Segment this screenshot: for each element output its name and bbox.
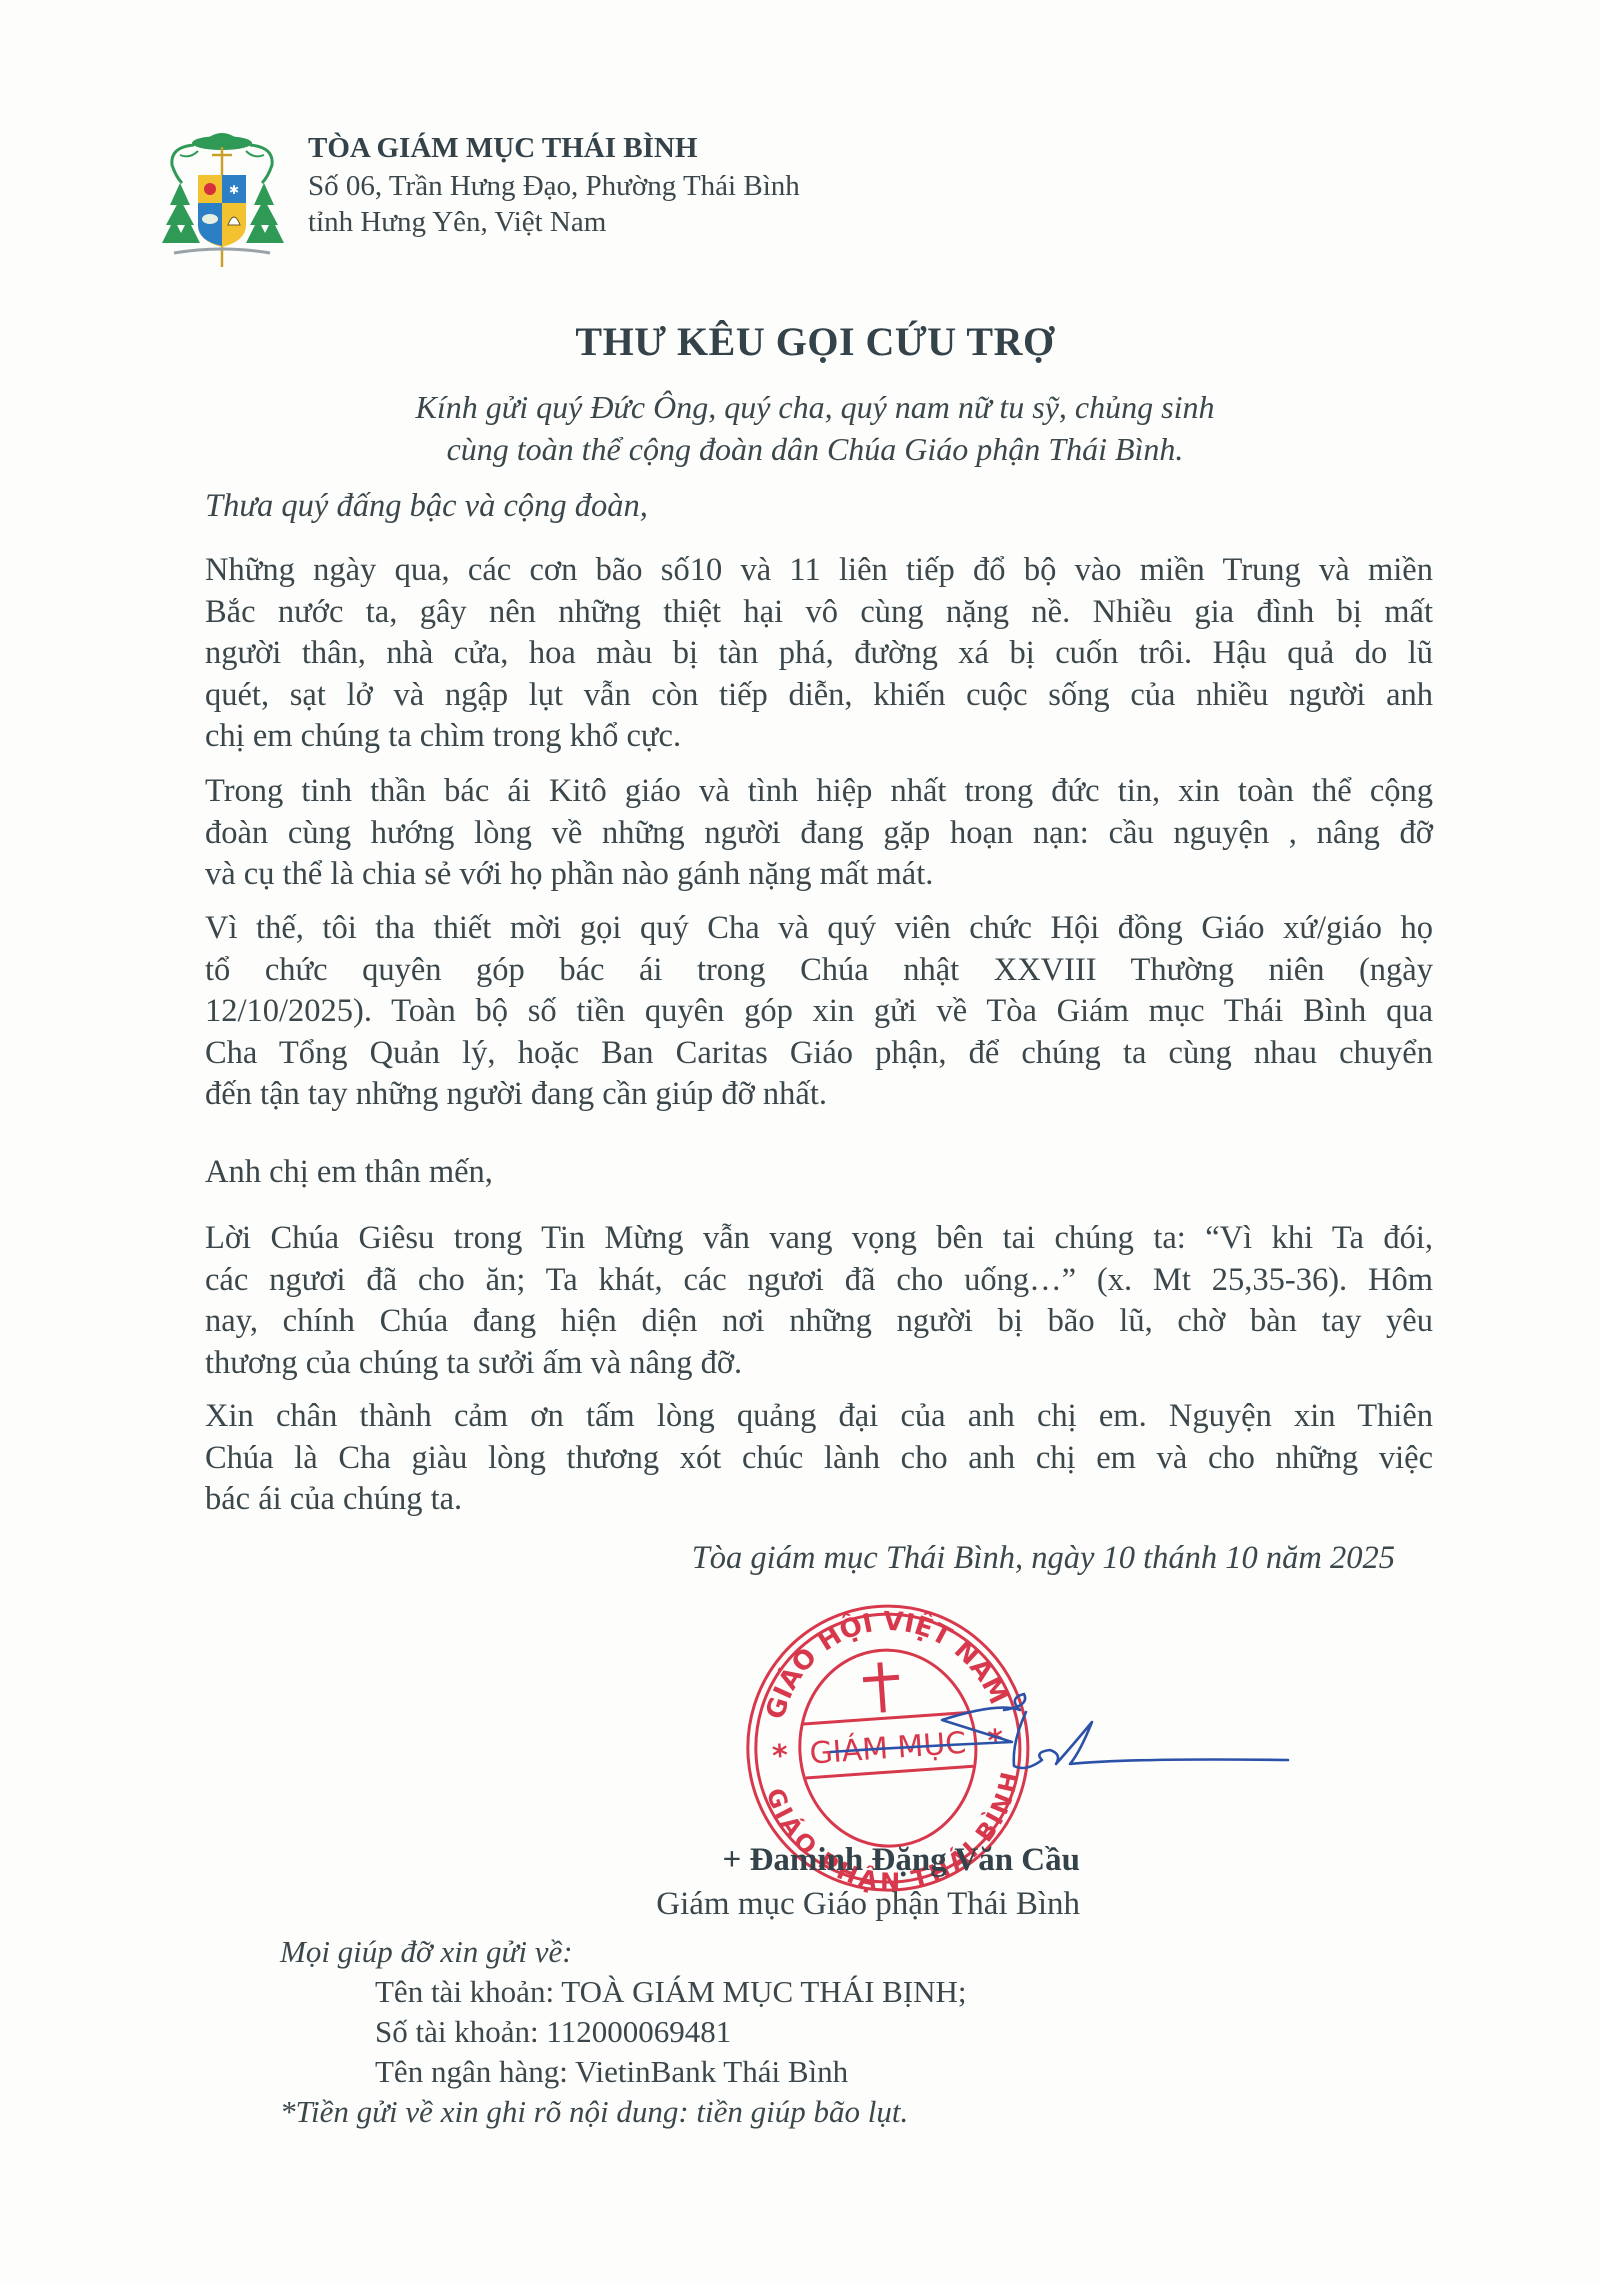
paragraph-line: các ngươi đã cho ăn; Ta khát, các ngươi … bbox=[205, 1260, 1433, 1302]
paragraph-4: Lời Chúa Giêsu trong Tin Mừng vẫn vang v… bbox=[205, 1218, 1433, 1384]
paragraph-line: đến tận tay những người đang cần giúp đỡ… bbox=[205, 1074, 1433, 1116]
address-line-1: Số 06, Trần Hưng Đạo, Phường Thái Bình bbox=[308, 168, 800, 204]
bank-name: Tên ngân hàng: VietinBank Thái Bình bbox=[375, 2052, 848, 2092]
date-line: Tòa giám mục Thái Bình, ngày 10 thánh 10… bbox=[0, 1540, 1395, 1577]
paragraph-3: Vì thế, tôi tha thiết mời gọi quý Cha và… bbox=[205, 908, 1433, 1116]
paragraph-line: Chúa là Cha giàu lòng thương xót chúc là… bbox=[205, 1438, 1433, 1480]
paragraph-greeting: Anh chị em thân mến, bbox=[205, 1152, 1433, 1194]
paragraph-line: bác ái của chúng ta. bbox=[205, 1479, 1433, 1521]
paragraph-line: thương của chúng ta sưởi ấm và nâng đỡ. bbox=[205, 1343, 1433, 1385]
paragraph-line: tổ chức quyên góp bác ái trong Chúa nhật… bbox=[205, 950, 1433, 992]
paragraph-line: chị em chúng ta chìm trong khổ cực. bbox=[205, 716, 1433, 758]
addressee-line-2: cùng toàn thể cộng đoàn dân Chúa Giáo ph… bbox=[0, 428, 1600, 470]
paragraph-line: đoàn cùng hướng lòng về những người đang… bbox=[205, 813, 1433, 855]
account-name: Tên tài khoản: TOÀ GIÁM MỤC THÁI BỊNH; bbox=[375, 1972, 967, 2012]
address-line-2: tỉnh Hưng Yên, Việt Nam bbox=[308, 204, 606, 240]
svg-text:✱: ✱ bbox=[229, 183, 239, 197]
svg-text:*: * bbox=[771, 1738, 789, 1774]
addressee-line-1: Kính gửi quý Đức Ông, quý cha, quý nam n… bbox=[0, 386, 1600, 428]
organization-name: TÒA GIÁM MỤC THÁI BÌNH bbox=[308, 130, 697, 166]
paragraph-line: và cụ thể là chia sẻ với họ phần nào gán… bbox=[205, 854, 1433, 896]
paragraph-line: Những ngày qua, các cơn bão số10 và 11 l… bbox=[205, 550, 1433, 592]
paragraph-line: người thân, nhà cửa, hoa màu bị tàn phá,… bbox=[205, 633, 1433, 675]
donation-intro: Mọi giúp đỡ xin gửi về: bbox=[280, 1932, 573, 1972]
paragraph-line: nay, chính Chúa đang hiện diện nơi những… bbox=[205, 1301, 1433, 1343]
paragraph-line: Trong tinh thần bác ái Kitô giáo và tình… bbox=[205, 771, 1433, 813]
donation-note: *Tiền gửi về xin ghi rõ nội dung: tiền g… bbox=[280, 2092, 908, 2132]
paragraph-line: Lời Chúa Giêsu trong Tin Mừng vẫn vang v… bbox=[205, 1218, 1433, 1260]
paragraph-2: Trong tinh thần bác ái Kitô giáo và tình… bbox=[205, 771, 1433, 896]
paragraph-line: Cha Tổng Quản lý, hoặc Ban Caritas Giáo … bbox=[205, 1033, 1433, 1075]
signer-name: + Đaminh Đặng Văn Cầu bbox=[0, 1842, 1080, 1879]
paragraph-5: Xin chân thành cảm ơn tấm lòng quảng đại… bbox=[205, 1396, 1433, 1521]
signer-title: Giám mục Giáo phận Thái Bình bbox=[0, 1886, 1080, 1923]
paragraph-line: Bắc nước ta, gây nên những thiệt hại vô … bbox=[205, 592, 1433, 634]
paragraph-line: 12/10/2025). Toàn bộ số tiền quyên góp x… bbox=[205, 991, 1433, 1033]
paragraph-line: Xin chân thành cảm ơn tấm lòng quảng đại… bbox=[205, 1396, 1433, 1438]
salutation-text: Thưa quý đấng bậc và cộng đoàn, bbox=[205, 486, 1433, 528]
account-number: Số tài khoản: 112000069481 bbox=[375, 2012, 731, 2052]
paragraph-line: Anh chị em thân mến, bbox=[205, 1152, 1433, 1194]
document-title: THƯ KÊU GỌI CỨU TRỢ bbox=[0, 318, 1600, 365]
episcopal-coat-of-arms-icon: ✱ bbox=[160, 125, 285, 270]
paragraph-line: quét, sạt lở và ngập lụt vẫn còn tiếp di… bbox=[205, 675, 1433, 717]
paragraph-line: Vì thế, tôi tha thiết mời gọi quý Cha và… bbox=[205, 908, 1433, 950]
paragraph-1: Những ngày qua, các cơn bão số10 và 11 l… bbox=[205, 550, 1433, 758]
handwritten-signature bbox=[830, 1680, 1300, 1800]
salutation: Thưa quý đấng bậc và cộng đoàn, bbox=[205, 486, 1433, 528]
